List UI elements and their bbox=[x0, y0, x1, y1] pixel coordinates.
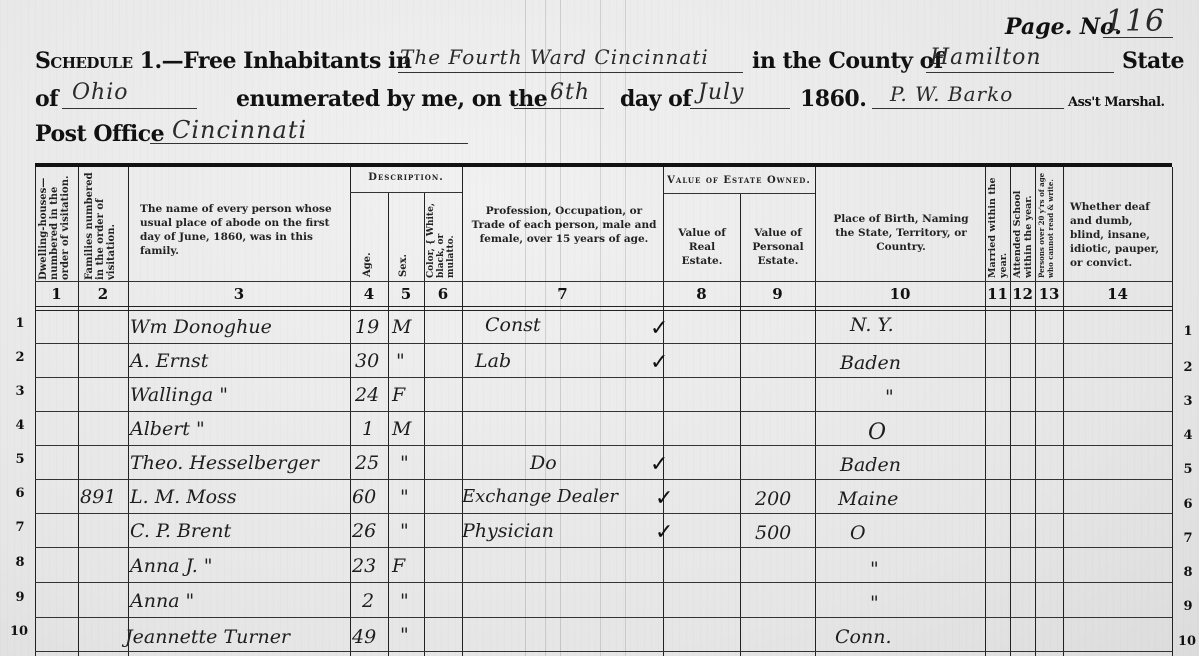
col12-header: Attended School within the year. bbox=[1012, 172, 1034, 278]
col13-header: Persons over 20 y'rs of age who cannot r… bbox=[1037, 172, 1062, 278]
name-cell: Albert " bbox=[130, 418, 205, 440]
age-cell: 24 bbox=[355, 384, 379, 406]
occupation-cell: Lab bbox=[475, 350, 511, 372]
col-number: 6 bbox=[424, 285, 462, 303]
age-cell: 25 bbox=[355, 452, 379, 474]
estate-group-rule bbox=[663, 193, 815, 194]
name-cell: Jeannette Turner bbox=[125, 626, 290, 648]
age-cell: 49 bbox=[352, 626, 376, 648]
occupation-cell: Do bbox=[530, 452, 557, 474]
sex-cell: M bbox=[392, 316, 411, 338]
table-top-rule bbox=[35, 163, 1172, 167]
col-number: 5 bbox=[388, 285, 424, 303]
col-number: 4 bbox=[350, 285, 388, 303]
numbers-bottom-rule bbox=[35, 306, 1172, 311]
post-office-underline bbox=[150, 143, 468, 144]
family-number-cell: 891 bbox=[80, 486, 116, 508]
sex-cell: F bbox=[392, 555, 405, 577]
age-cell: 30 bbox=[355, 350, 379, 372]
name-cell: Wallinga " bbox=[130, 384, 228, 406]
line-number-left: 9 bbox=[8, 590, 32, 605]
line-number-right: 2 bbox=[1176, 360, 1199, 375]
line-number-left: 3 bbox=[8, 384, 32, 399]
col2-header: Families numbered in the order of visita… bbox=[84, 172, 124, 280]
col-number: 11 bbox=[985, 285, 1010, 303]
sex-cell: " bbox=[400, 452, 409, 474]
state-field: Ohio bbox=[72, 80, 129, 105]
name-cell: Anna " bbox=[130, 590, 194, 612]
col10-header: Place of Birth, Naming the State, Territ… bbox=[822, 212, 980, 254]
post-office-label: Post Office bbox=[35, 121, 164, 147]
col-divider bbox=[1172, 167, 1173, 656]
checkmark-icon: ✓ bbox=[655, 486, 673, 511]
checkmark-icon: ✓ bbox=[650, 350, 668, 375]
col-number: 1 bbox=[35, 285, 78, 303]
description-group-rule bbox=[350, 192, 462, 193]
birthplace-cell: " bbox=[870, 592, 879, 614]
row-rule bbox=[35, 411, 1172, 412]
col-number: 3 bbox=[128, 285, 350, 303]
col-divider bbox=[424, 193, 425, 656]
state-underline bbox=[62, 108, 197, 109]
birthplace-cell: " bbox=[870, 558, 879, 580]
name-cell: L. M. Moss bbox=[130, 486, 237, 508]
birthplace-cell: Conn. bbox=[835, 626, 892, 648]
day-field: 6th bbox=[550, 80, 590, 105]
row-rule bbox=[35, 343, 1172, 344]
page-number-underline bbox=[1103, 37, 1173, 38]
sex-cell: " bbox=[400, 624, 409, 646]
line-number-right: 9 bbox=[1176, 599, 1199, 614]
header-bottom-rule bbox=[35, 281, 1172, 282]
checkmark-icon: ✓ bbox=[650, 452, 668, 477]
ward-underline bbox=[398, 72, 743, 73]
col11-header: Married within the year. bbox=[987, 172, 1009, 278]
birthplace-cell: O bbox=[868, 420, 886, 445]
col-number: 2 bbox=[78, 285, 128, 303]
col-number: 9 bbox=[740, 285, 815, 303]
occupation-cell: Const bbox=[485, 314, 541, 336]
col5-header: Sex. bbox=[398, 245, 414, 277]
name-cell: A. Ernst bbox=[130, 350, 208, 372]
line-number-left: 1 bbox=[8, 316, 32, 331]
occupation-cell: Physician bbox=[462, 520, 554, 542]
personal-estate-cell: 500 bbox=[755, 522, 791, 544]
day-of-label: day of bbox=[620, 86, 691, 112]
row-rule bbox=[35, 513, 1172, 514]
sex-cell: " bbox=[400, 590, 409, 612]
county-underline bbox=[926, 72, 1114, 73]
age-cell: 26 bbox=[352, 520, 376, 542]
birthplace-cell: N. Y. bbox=[850, 314, 894, 336]
post-office-field: Cincinnati bbox=[172, 116, 307, 144]
personal-estate-cell: 200 bbox=[755, 488, 791, 510]
year-label: 1860. bbox=[800, 86, 866, 112]
line-number-left: 5 bbox=[8, 452, 32, 467]
state-label: State bbox=[1122, 48, 1184, 74]
birthplace-cell: Baden bbox=[840, 454, 901, 476]
row-rule bbox=[35, 445, 1172, 446]
col7-header: Profession, Occupation, or Trade of each… bbox=[470, 204, 658, 246]
birthplace-cell: Baden bbox=[840, 352, 901, 374]
col-number: 12 bbox=[1010, 285, 1035, 303]
col-number: 10 bbox=[815, 285, 985, 303]
marshal-underline bbox=[872, 108, 1064, 109]
line-number-right: 6 bbox=[1176, 497, 1199, 512]
row-rule bbox=[35, 651, 1172, 652]
of-label: of bbox=[35, 86, 58, 112]
col4-header: Age. bbox=[362, 245, 378, 277]
age-cell: 2 bbox=[362, 590, 374, 612]
line-number-left: 4 bbox=[8, 418, 32, 433]
birthplace-cell: " bbox=[885, 386, 894, 408]
sex-cell: F bbox=[392, 384, 405, 406]
line-number-right: 8 bbox=[1176, 565, 1199, 580]
line-number-right: 10 bbox=[1172, 634, 1199, 649]
col8-header: Value of Real Estate. bbox=[668, 226, 736, 268]
line-number-left: 7 bbox=[8, 520, 32, 535]
col-number: 8 bbox=[663, 285, 740, 303]
sex-cell: " bbox=[400, 486, 409, 508]
age-cell: 60 bbox=[352, 486, 376, 508]
line-number-right: 1 bbox=[1176, 324, 1199, 339]
description-group-header: Description. bbox=[350, 172, 462, 183]
sex-cell: " bbox=[400, 520, 409, 542]
col-divider bbox=[740, 193, 741, 656]
col3-header: The name of every person whose usual pla… bbox=[140, 202, 345, 258]
county-label: in the County of bbox=[752, 48, 943, 74]
row-rule bbox=[35, 377, 1172, 378]
col-number: 14 bbox=[1063, 285, 1172, 303]
birthplace-cell: O bbox=[850, 522, 866, 544]
marshal-name: P. W. Barko bbox=[890, 82, 1013, 106]
checkmark-icon: ✓ bbox=[655, 520, 673, 545]
line-number-left: 8 bbox=[8, 555, 32, 570]
line-number-right: 5 bbox=[1176, 462, 1199, 477]
county-field: Hamilton bbox=[930, 45, 1042, 70]
col1-header: Dwelling-houses— numbered in the order o… bbox=[38, 172, 76, 280]
day-underline bbox=[514, 108, 604, 109]
sex-cell: M bbox=[392, 418, 411, 440]
checkmark-icon: ✓ bbox=[650, 316, 668, 341]
month-underline bbox=[690, 108, 790, 109]
birthplace-cell: Maine bbox=[838, 488, 898, 510]
line-number-left: 10 bbox=[4, 624, 34, 639]
row-rule bbox=[35, 479, 1172, 480]
marshal-label: Ass't Marshal. bbox=[1068, 95, 1165, 110]
name-cell: Theo. Hesselberger bbox=[130, 452, 319, 474]
line-number-right: 3 bbox=[1176, 394, 1199, 409]
estate-group-header: Value of Estate Owned. bbox=[663, 175, 815, 186]
col-divider bbox=[388, 193, 389, 656]
col-number: 7 bbox=[462, 285, 663, 303]
occupation-cell: Exchange Dealer bbox=[462, 486, 618, 507]
col6-header: Color, { White, black, or mulatto. bbox=[426, 196, 460, 278]
name-cell: C. P. Brent bbox=[130, 520, 231, 542]
name-cell: Anna J. " bbox=[130, 555, 213, 577]
row-rule bbox=[35, 617, 1172, 618]
col-number: 13 bbox=[1035, 285, 1063, 303]
col14-header: Whether deaf and dumb, blind, insane, id… bbox=[1070, 200, 1170, 270]
scan-streak bbox=[600, 0, 601, 656]
age-cell: 23 bbox=[352, 555, 376, 577]
age-cell: 1 bbox=[362, 418, 374, 440]
row-rule bbox=[35, 582, 1172, 583]
line-number-left: 2 bbox=[8, 350, 32, 365]
enumerated-label: enumerated by me, on the bbox=[236, 86, 547, 112]
sex-cell: " bbox=[396, 350, 405, 372]
month-field: July bbox=[698, 80, 744, 105]
ward-field: The Fourth Ward Cincinnati bbox=[400, 45, 709, 69]
line-number-right: 4 bbox=[1176, 428, 1199, 443]
row-rule bbox=[35, 547, 1172, 548]
line-number-left: 6 bbox=[8, 486, 32, 501]
age-cell: 19 bbox=[355, 316, 379, 338]
col9-header: Value of Personal Estate. bbox=[745, 226, 811, 268]
line-number-right: 7 bbox=[1176, 531, 1199, 546]
page-number: 116 bbox=[1105, 4, 1165, 39]
schedule-title: Schedule 1.—Free Inhabitants in bbox=[35, 48, 411, 74]
name-cell: Wm Donoghue bbox=[130, 316, 272, 338]
